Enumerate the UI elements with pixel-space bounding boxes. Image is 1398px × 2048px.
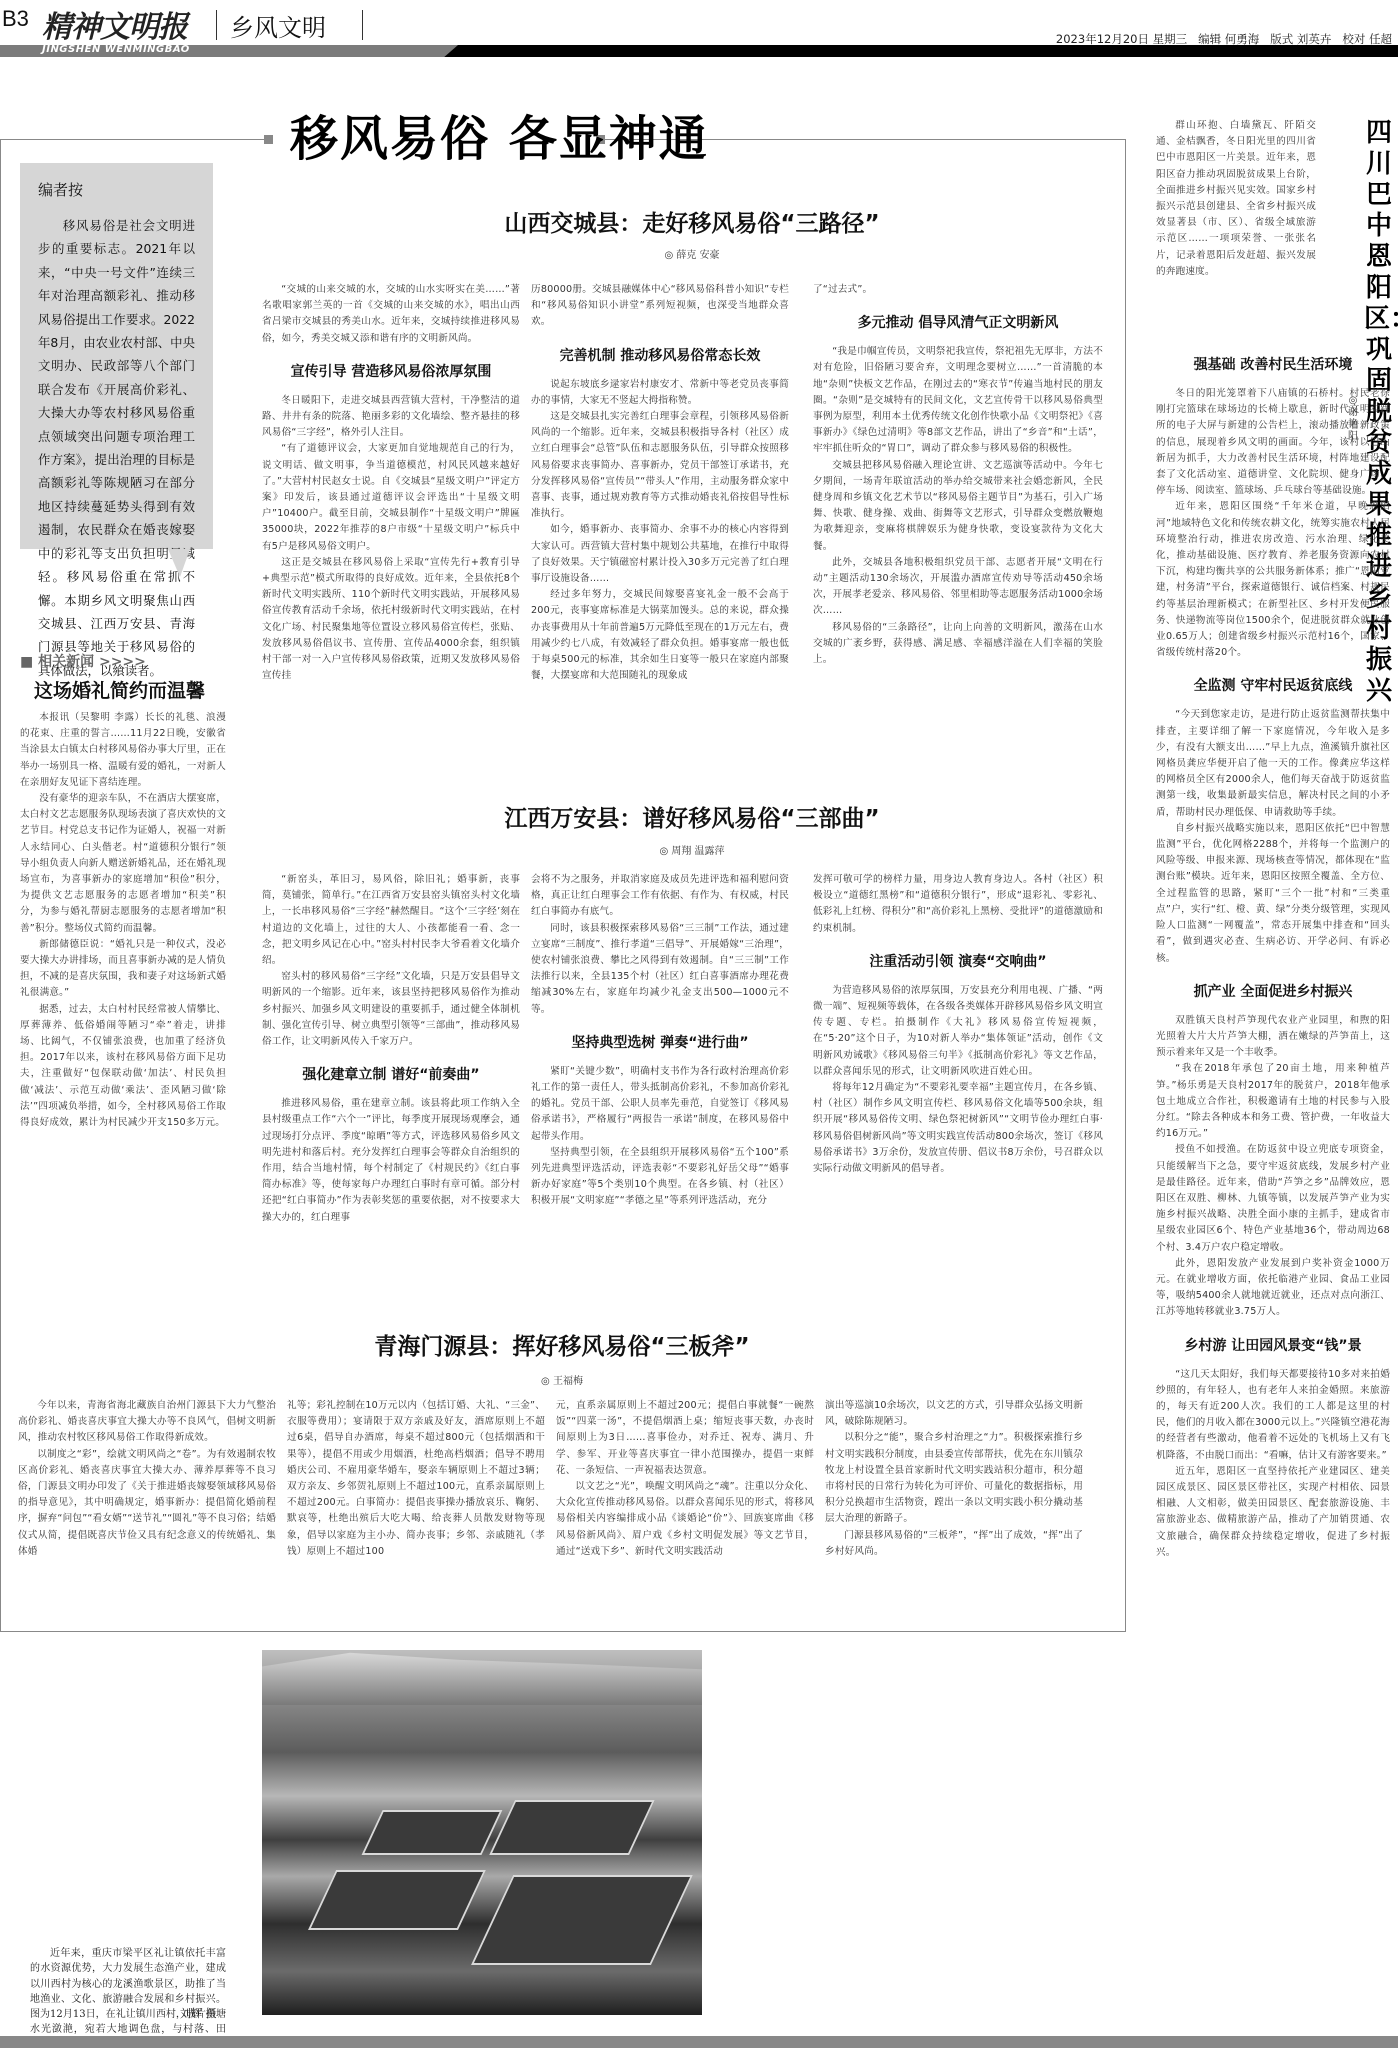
- paragraph: “今天到您家走访，是进行防止返贫监测帮扶集中排查，主要详细了解一下家庭情况，今年…: [1156, 707, 1390, 820]
- qinghai-col1: 今年以来，青海省海北藏族自治州门源县下大力气整治高价彩礼、婚丧喜庆事宜大操大办等…: [18, 1398, 276, 1560]
- paragraph: 礼等；彩礼控制在10万元以内（包括订婚、大礼、“三金”、衣服等费用）；宴请限于双…: [287, 1398, 545, 1560]
- subheading: 多元推动 倡导风清气正文明新风: [813, 312, 1103, 332]
- paragraph: 了“过去式”。: [813, 282, 1103, 298]
- paragraph: 以积分之“能”，聚合乡村治理之“力”。积极探索推行乡村文明实践积分制度，由县委宣…: [825, 1430, 1083, 1527]
- byline-shanxi: ◎ 薛克 安豪: [262, 246, 1122, 261]
- paragraph: 经过多年努力，交城民间嫁娶喜宴礼金一般不会高于200元，丧事宴席标准是大锅菜加馒…: [531, 587, 789, 684]
- issue-date: 2023年12月20日 星期三: [1056, 32, 1187, 46]
- photo-caption: 近年来，重庆市梁平区礼让镇依托丰富的水资源优势，大力发展生态渔产业，建成以川西村…: [30, 1946, 226, 2048]
- paragraph: 门源县移风易俗的“三板斧”，“挥”出了成效，“挥”出了乡村好风尚。: [825, 1528, 1083, 1560]
- paragraph: 冬日暖阳下，走进交城县西营镇大营村，干净整洁的道路、井井有条的院落、艳丽多彩的文…: [262, 393, 520, 442]
- paragraph: “这几天太阳好，我们每天都要接待10多对来拍婚纱照的，有年轻人，也有老年人来拍金…: [1156, 1367, 1390, 1464]
- photo-pond: [362, 1810, 503, 1855]
- paragraph: 冬日的阳光笼罩着下八庙镇的石桥村。村民老徐刚打完篮球在球场边的长椅上歇息，新时代…: [1156, 386, 1390, 499]
- paragraph: “我是巾帼宣传员，文明祭祀我宣传，祭祀祖先无厚非，方法不对有危险，旧俗陋习要舍弃…: [813, 344, 1103, 457]
- qinghai-col3: 元，直系亲属原则上不超过200元；提倡白事就餐“一碗熬饭”“四菜一汤”，不提倡烟…: [556, 1398, 814, 1560]
- paragraph: 将每年12月确定为“不要彩礼要幸福”主题宣传月，在各乡镇、村（社区）制作乡风文明…: [813, 1080, 1103, 1177]
- paragraph: 同时，该县积极探索移风易俗“三三制”工作法，通过建立宴席“三制度”、推行孝道“三…: [531, 921, 789, 1018]
- paragraph: 这正是交城县在移风易俗上采取“宣传先行+教育引导+典型示范”模式所取得的良好成效…: [262, 555, 520, 685]
- jiangxi-col1: “新窑头，革旧习，易风俗，除旧礼；婚事新，丧事简，莫铺张，简单行。”在江西省万安…: [262, 872, 520, 1226]
- frame-line: [0, 139, 267, 140]
- editor-credit: 编辑 何勇海: [1198, 32, 1259, 46]
- editor-note-tail: [168, 549, 190, 577]
- paragraph: 本报讯（吴黎明 李露）长长的礼毯、浪漫的花束、庄重的誓言……11月22日晚，安徽…: [20, 710, 226, 791]
- photo-credit: 刘辉 摄: [180, 2005, 217, 2021]
- subheading: 注重活动引领 演奏“交响曲”: [813, 951, 1103, 971]
- main-title: 移风易俗 各显神通: [290, 100, 709, 169]
- header-divider: [362, 10, 363, 40]
- editor-note: 编者按 移风易俗是社会文明进步的重要标志。2021年以来，“中央一号文件”连续三…: [20, 163, 213, 549]
- paragraph: “我在2018年承包了20亩土地，用来种植芦笋。”杨乐勇是天良村2017年的脱贫…: [1156, 1061, 1390, 1142]
- paragraph: 以制度之“彩”，绘就文明风尚之“卷”。为有效遏制农牧区高价彩礼、婚丧喜庆事宜大操…: [18, 1447, 276, 1560]
- paragraph: 会将不为之服务，并取消家庭及成员先进评选和福利慰问资格，真正让红白理事会工作有依…: [531, 872, 789, 921]
- photo-pond: [489, 1800, 655, 1855]
- article-title-qinghai: 青海门源县：挥好移风易俗“三板斧”: [262, 1328, 862, 1361]
- paragraph: 移风易俗的“三条路径”，让向上向善的文明新风，激荡在山水交城的广袤乡野，获得感、…: [813, 620, 1103, 669]
- photo-pond: [308, 1870, 486, 1930]
- byline-qinghai: ◎ 王福梅: [262, 1372, 862, 1387]
- frame-line: [0, 139, 1, 1631]
- paragraph: 如今，婚事新办、丧事简办、余事不办的核心内容得到大家认可。西营镇大营村集中规划公…: [531, 522, 789, 587]
- frame-line: [0, 1631, 1126, 1632]
- newspaper-logo: 精神文明报: [42, 2, 187, 46]
- paragraph: 此外，恩阳发放产业发展到户奖补资金1000万元。在就业增收方面，依托临港产业园、…: [1156, 1256, 1390, 1321]
- related-news-body: 本报讯（吴黎明 李露）长长的礼毯、浪漫的花束、庄重的誓言……11月22日晚，安徽…: [20, 710, 226, 1131]
- sichuan-intro: 群山环抱、白墙黛瓦、阡陌交通、金桔飘香，冬日阳光里的四川省巴中市恩阳区一片美景。…: [1156, 118, 1316, 280]
- subheading: 坚持典型选树 弹奏“进行曲”: [531, 1032, 789, 1052]
- paragraph: 授鱼不如授渔。在防返贫中设立兜底专项资金，只能缓解当下之急，要守牢返贫底线，发展…: [1156, 1142, 1390, 1255]
- paragraph: 窑头村的移风易俗“三字经”文化墙，只是万安县倡导文明新风的一个缩影。近年来，该县…: [262, 969, 520, 1050]
- subheading: 乡村游 让田园风景变“钱”景: [1156, 1335, 1390, 1355]
- paragraph: 双胜镇天良村芦笋现代农业产业园里，和煦的阳光照着大片大片芦笋大棚，洒在嫩绿的芦笋…: [1156, 1013, 1390, 1062]
- jiangxi-col3: 发挥可敬可学的榜样力量，用身边人教育身边人。各村（社区）积极设立“道德红黑榜”和…: [813, 872, 1103, 1177]
- qinghai-col4: 演出等巡演10余场次，以文艺的方式，引导群众弘扬文明新风，破除陈规陋习。以积分之…: [825, 1398, 1083, 1560]
- subheading: 强基础 改善村民生活环境: [1156, 354, 1390, 374]
- header-divider: [216, 10, 217, 40]
- paragraph: 这是交城县扎实完善红白理事会章程，引领移风易俗新风尚的一个缩影。近年来，交城县积…: [531, 409, 789, 522]
- photo-pond: [471, 1875, 693, 1965]
- paragraph: 群山环抱、白墙黛瓦、阡陌交通、金桔飘香，冬日阳光里的四川省巴中市恩阳区一片美景。…: [1156, 118, 1316, 280]
- jiangxi-col2: 会将不为之服务，并取消家庭及成员先进评选和福利慰问资格，真正让红白理事会工作有依…: [531, 872, 789, 1210]
- subheading: 强化建章立制 谱好“前奏曲”: [262, 1064, 520, 1084]
- frame-line: [1125, 139, 1126, 1631]
- paragraph: “交城的山来交城的水，交城的山水实呀实在美……”著名歌唱家郭兰英的一首《交城的山…: [262, 282, 520, 347]
- section-name: 乡风文明: [230, 8, 326, 43]
- related-news-label: ■ 相关新闻 >>>>: [20, 651, 146, 671]
- paragraph: 演出等巡演10余场次，以文艺的方式，引导群众弘扬文明新风，破除陈规陋习。: [825, 1398, 1083, 1430]
- byline-jiangxi: ◎ 周翔 温露萍: [262, 842, 1122, 857]
- footer-bar: [0, 2036, 1398, 2048]
- frame-square: [264, 135, 273, 144]
- paragraph: 近年来，恩阳区围绕“千年米仓道，早晚恩阳河”地域特色文化和传统农耕文化，统筹实施…: [1156, 499, 1390, 661]
- paragraph: “有了道德评议会，大家更加自觉地规范自己的行为，说文明话、做文明事，争当道德模范…: [262, 441, 520, 554]
- subheading: 宣传引导 营造移风易俗浓厚氛围: [262, 361, 520, 381]
- related-news-title: 这场婚礼简约而温馨: [34, 676, 205, 703]
- paragraph: 以文艺之“光”，唤醒文明风尚之“魂”。注重以分众化、大众化宣传推动移风易俗。以群…: [556, 1479, 814, 1560]
- shanxi-col3: 了“过去式”。多元推动 倡导风清气正文明新风“我是巾帼宣传员，文明祭祀我宣传，祭…: [813, 282, 1103, 668]
- editor-note-heading: 编者按: [38, 179, 195, 200]
- paragraph: 为营造移风易俗的浓厚氛围，万安县充分利用电视、广播、“两微一端”、短视频等载体，…: [813, 983, 1103, 1080]
- paragraph: 据悉，过去，太白村村民经常被人情攀比、厚葬薄养、低俗婚闹等陋习“牵”着走，讲排场…: [20, 1002, 226, 1132]
- fish-pond-photo: [262, 1650, 702, 2015]
- paragraph: “新窑头，革旧习，易风俗，除旧礼；婚事新，丧事简，莫铺张，简单行。”在江西省万安…: [262, 872, 520, 969]
- photo-hills: [262, 1650, 702, 1705]
- paragraph: 新郎储德臣说：“婚礼只是一种仪式，没必要大操大办讲排场，而且喜事新办减的是人情负…: [20, 937, 226, 1002]
- article-title-jiangxi: 江西万安县：谱好移风易俗“三部曲”: [262, 800, 1122, 833]
- proofreader-credit: 校对 任超: [1342, 32, 1392, 46]
- paragraph: 历80000册。交城县融媒体中心“移风易俗科普小知识”专栏和“移风易俗知识小讲堂…: [531, 282, 789, 331]
- paragraph: 紧盯“关键少数”，明确村支书作为各行政村治理高价彩礼工作的第一责任人，带头抵制高…: [531, 1064, 789, 1145]
- subheading: 抓产业 全面促进乡村振兴: [1156, 981, 1390, 1001]
- sichuan-body: 强基础 改善村民生活环境冬日的阳光笼罩着下八庙镇的石桥村。村民老徐刚打完篮球在球…: [1156, 340, 1390, 1561]
- paragraph: 说起东坡底乡逯家岩村康安才、常新中等老党员丧事简办的事情，大家无不竖起大拇指称赞…: [531, 377, 789, 409]
- paragraph: 今年以来，青海省海北藏族自治州门源县下大力气整治高价彩礼、婚丧喜庆事宜大操大办等…: [18, 1398, 276, 1447]
- qinghai-col2: 礼等；彩礼控制在10万元以内（包括订婚、大礼、“三金”、衣服等费用）；宴请限于双…: [287, 1398, 545, 1560]
- paragraph: 发挥可敬可学的榜样力量，用身边人教育身边人。各村（社区）积极设立“道德红黑榜”和…: [813, 872, 1103, 937]
- paragraph: 此外，交城县各地积极组织党员干部、志愿者开展“文明在行动”主题活动130余场次，…: [813, 555, 1103, 620]
- layout-credit: 版式 刘英卉: [1270, 32, 1331, 46]
- page-number: B3: [2, 6, 29, 32]
- paragraph: 交城县把移风易俗融入理论宣讲、文艺巡演等活动中。今年七夕期间，一场青年联谊活动的…: [813, 458, 1103, 555]
- paragraph: 坚持典型引领，在全县组织开展移风易俗“五个100”系列先进典型评选活动，评选表彰…: [531, 1145, 789, 1210]
- shanxi-col1: “交城的山来交城的水，交城的山水实呀实在美……”著名歌唱家郭兰英的一首《交城的山…: [262, 282, 520, 684]
- paragraph: 近五年，恩阳区一直坚持依托产业建园区、建美园区成景区、园区景区带社区，实现产村相…: [1156, 1464, 1390, 1561]
- subheading: 全监测 守牢村民返贫底线: [1156, 675, 1390, 695]
- paragraph: 推进移风易俗，重在建章立制。该县将此项工作纳入全县村级重点工作“六个一”评比，每…: [262, 1096, 520, 1226]
- paragraph: 没有豪华的迎亲车队，不在酒店大摆宴席，太白村文艺志愿服务队现场表演了喜庆欢快的文…: [20, 791, 226, 937]
- paragraph: 元，直系亲属原则上不超过200元；提倡白事就餐“一碗熬饭”“四菜一汤”，不提倡烟…: [556, 1398, 814, 1479]
- subheading: 完善机制 推动移风易俗常态长效: [531, 345, 789, 365]
- shanxi-col2: 历80000册。交城县融媒体中心“移风易俗科普小知识”专栏和“移风易俗知识小讲堂…: [531, 282, 789, 684]
- article-title-shanxi: 山西交城县：走好移风易俗“三路径”: [262, 205, 1122, 238]
- paragraph: 自乡村振兴战略实施以来，恩阳区依托“巴中智慧监测”平台，优化网格2288个，并将…: [1156, 821, 1390, 967]
- newspaper-pinyin: JINGSHEN WENMINGBAO: [42, 44, 190, 55]
- editor-note-body: 移风易俗是社会文明进步的重要标志。2021年以来，“中央一号文件”连续三年对治理…: [38, 214, 195, 682]
